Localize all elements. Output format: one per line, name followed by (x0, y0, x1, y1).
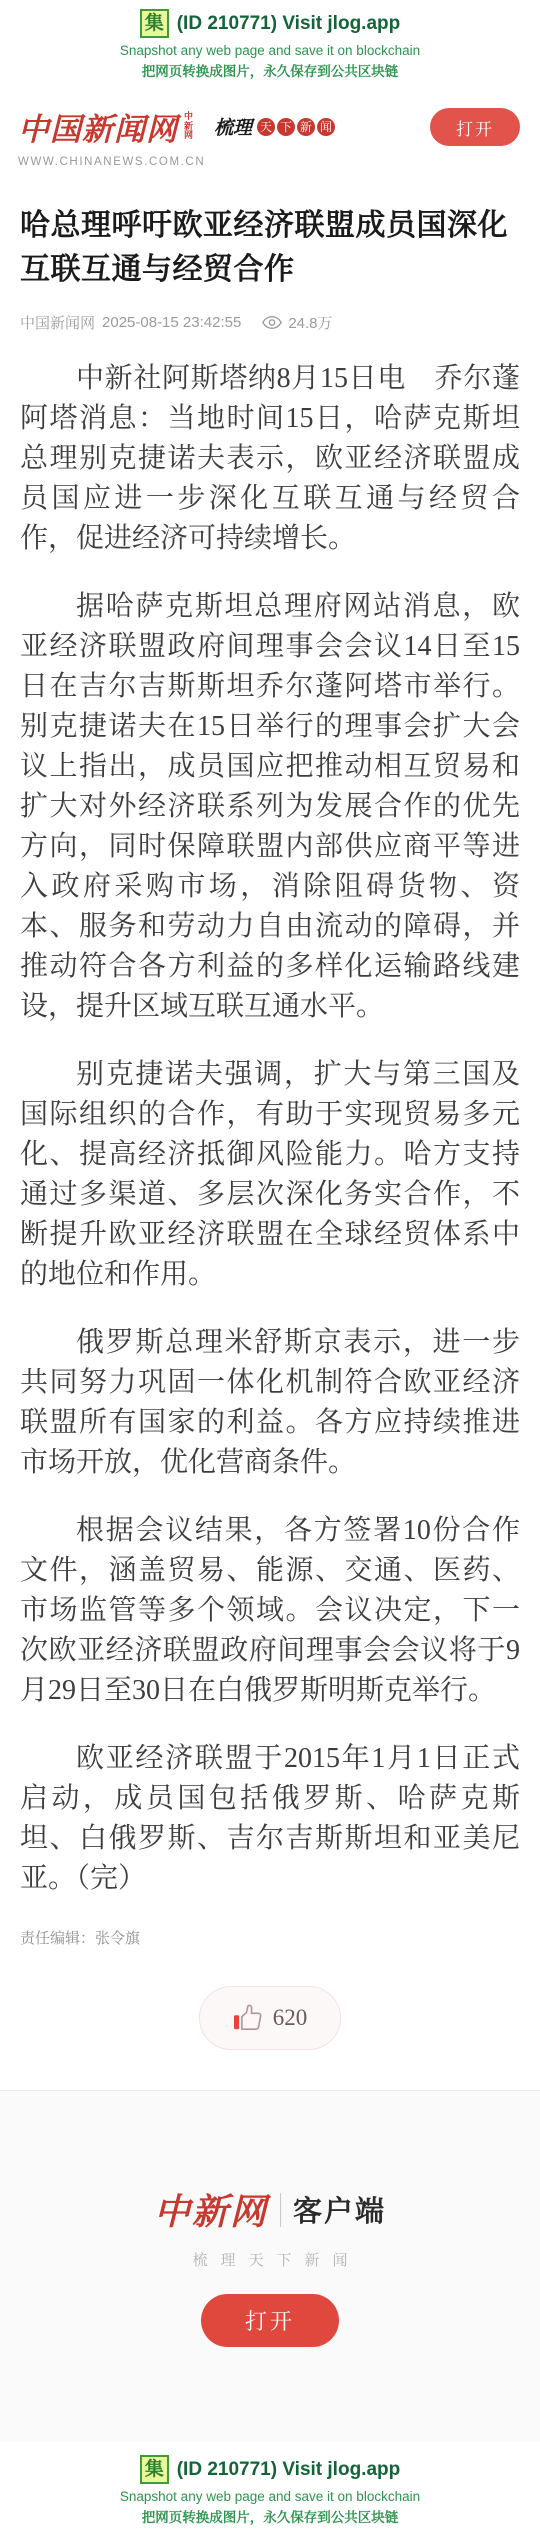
article-paragraph: 俄罗斯总理米舒斯京表示，进一步共同努力巩固一体化机制符合欧亚经济联盟所有国家的利… (20, 1323, 520, 1483)
banner-title-link[interactable]: (ID 210771) Visit jlog.app (177, 2459, 401, 2481)
open-app-button-header[interactable]: 打开 (430, 108, 520, 146)
footer-logo-main: 中新网 (154, 2184, 268, 2235)
like-section: 620 (0, 1986, 540, 2050)
editor-line: 责任编辑：张令旗 (20, 1927, 520, 1948)
like-count: 620 (273, 2005, 308, 2031)
eye-icon (262, 315, 282, 330)
thumbs-up-icon (233, 2004, 263, 2032)
article-datetime: 2025-08-15 23:42:55 (102, 314, 241, 331)
chinanews-logo-side: 中新网 (184, 112, 196, 140)
article: 哈总理呼吁欧亚经济联盟成员国深化互联互通与经贸合作 中国新闻网 2025-08-… (0, 204, 540, 1948)
article-source: 中国新闻网 (20, 312, 95, 333)
view-count: 24.8万 (288, 312, 332, 333)
footer-logo: 中新网 客户端 (154, 2184, 386, 2235)
article-title: 哈总理呼吁欧亚经济联盟成员国深化互联互通与经贸合作 (20, 204, 520, 292)
banner-subtitle-zh: 把网页转换成图片，永久保存到公共区块链 (0, 2506, 540, 2526)
slogan-circle: 新 (297, 118, 315, 136)
site-header: 中国新闻网 中新网 梳理 天下新闻 WWW.CHINANEWS.COM.CN 打… (0, 90, 540, 174)
like-button[interactable]: 620 (199, 1986, 341, 2050)
banner-subtitle-zh: 把网页转换成图片，永久保存到公共区块链 (0, 60, 540, 80)
app-promo-footer: 中新网 客户端 梳理天下新闻 打开 (0, 2090, 540, 2442)
article-paragraph: 别克捷诺夫强调，扩大与第三国及国际组织的合作，有助于实现贸易多元化、提高经济抵御… (20, 1055, 520, 1295)
article-paragraph: 据哈萨克斯坦总理府网站消息，欧亚经济联盟政府间理事会会议14日至15日在吉尔吉斯… (20, 587, 520, 1027)
article-body: 中新社阿斯塔纳8月15日电 乔尔蓬阿塔消息：当地时间15日，哈萨克斯坦总理别克捷… (20, 359, 520, 1899)
article-paragraph: 欧亚经济联盟于2015年1月1日正式启动，成员国包括俄罗斯、哈萨克斯坦、白俄罗斯… (20, 1739, 520, 1899)
slogan-circle: 下 (277, 118, 295, 136)
open-app-button-footer[interactable]: 打开 (201, 2294, 339, 2347)
footer-tagline: 梳理天下新闻 (179, 2249, 360, 2270)
footer-logo-suffix: 客户端 (293, 2189, 386, 2230)
slogan-circle: 闻 (317, 118, 335, 136)
jlog-badge-icon: 集 (140, 2455, 169, 2484)
blockchain-banner-bottom: 集 (ID 210771) Visit jlog.app Snapshot an… (0, 2442, 540, 2536)
blockchain-banner-top: 集 (ID 210771) Visit jlog.app Snapshot an… (0, 0, 540, 90)
banner-title-link[interactable]: (ID 210771) Visit jlog.app (177, 13, 401, 35)
article-meta: 中国新闻网 2025-08-15 23:42:55 24.8万 (20, 312, 520, 333)
site-url: WWW.CHINANEWS.COM.CN (18, 156, 335, 168)
footer-logo-divider (280, 2193, 281, 2227)
jlog-badge-icon: 集 (140, 9, 169, 38)
slogan-badge: 梳理 天下新闻 (214, 113, 335, 140)
banner-subtitle-en: Snapshot any web page and save it on blo… (0, 2489, 540, 2504)
chinanews-logo[interactable]: 中国新闻网 (18, 104, 178, 149)
slogan-circle: 天 (257, 118, 275, 136)
banner-subtitle-en: Snapshot any web page and save it on blo… (0, 43, 540, 58)
view-counter: 24.8万 (262, 312, 332, 333)
slogan-prefix: 梳理 (214, 113, 252, 140)
article-paragraph: 根据会议结果，各方签署10份合作文件，涵盖贸易、能源、交通、医药、市场监管等多个… (20, 1511, 520, 1711)
article-paragraph: 中新社阿斯塔纳8月15日电 乔尔蓬阿塔消息：当地时间15日，哈萨克斯坦总理别克捷… (20, 359, 520, 559)
